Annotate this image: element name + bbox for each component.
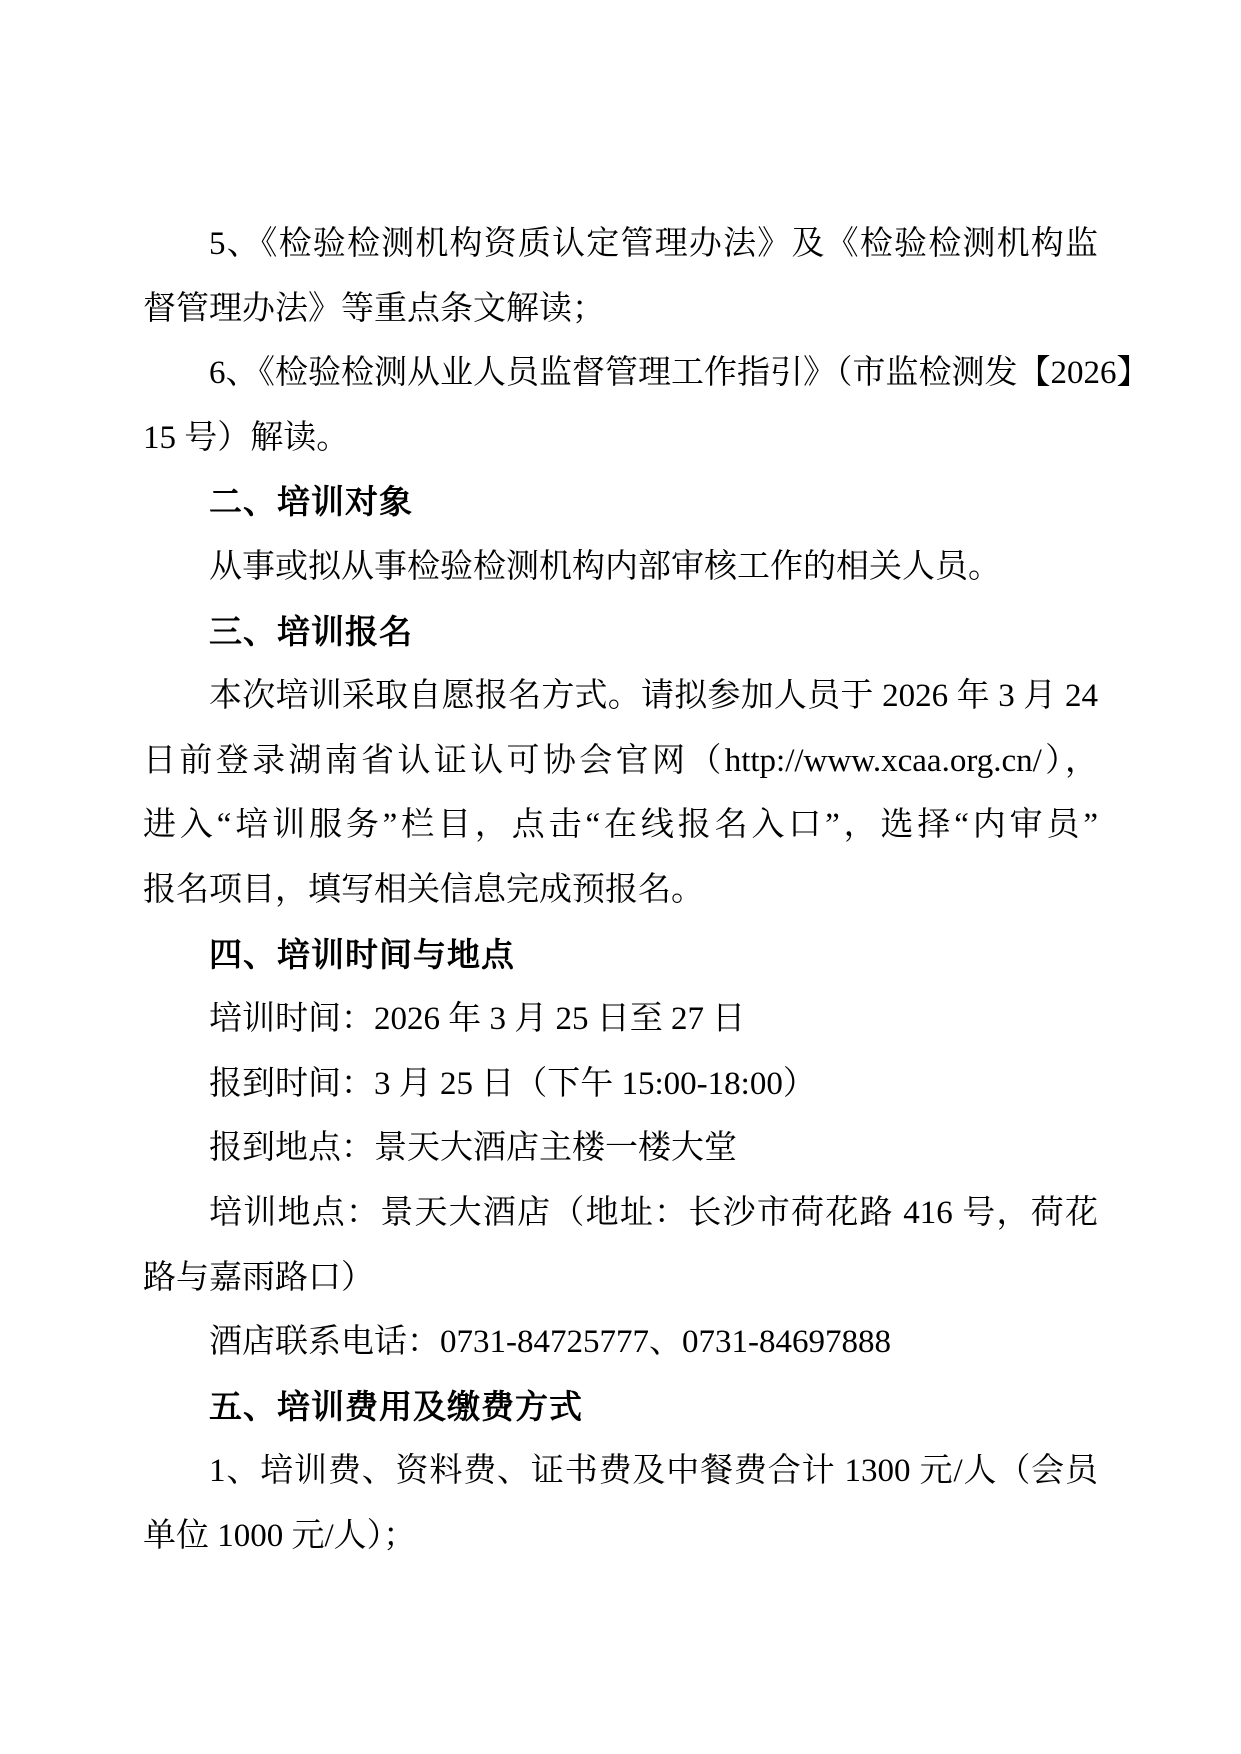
paragraph: 酒店联系电话：0731-84725777、0731-84697888 bbox=[143, 1310, 1098, 1375]
text-line: 单位 1000 元/人）； bbox=[143, 1504, 1098, 1569]
heading-line: 五、培训费用及缴费方式 bbox=[143, 1375, 1098, 1440]
heading-line: 四、培训时间与地点 bbox=[143, 923, 1098, 988]
text-line: 督管理办法》等重点条文解读； bbox=[143, 277, 1098, 342]
paragraph: 报到地点：景天大酒店主楼一楼大堂 bbox=[143, 1116, 1098, 1181]
section-heading: 二、培训对象 bbox=[143, 470, 1098, 535]
text-line: 培训地点：景天大酒店（地址：长沙市荷花路 416 号，荷花 bbox=[143, 1181, 1098, 1246]
text-line: 15 号）解读。 bbox=[143, 406, 1098, 471]
heading-line: 三、培训报名 bbox=[143, 600, 1098, 665]
paragraph: 本次培训采取自愿报名方式。请拟参加人员于 2026 年 3 月 24日前登录湖南… bbox=[143, 664, 1098, 922]
text-line: 1、培训费、资料费、证书费及中餐费合计 1300 元/人（会员 bbox=[143, 1439, 1098, 1504]
paragraph: 1、培训费、资料费、证书费及中餐费合计 1300 元/人（会员单位 1000 元… bbox=[143, 1439, 1098, 1568]
text-line: 5、《检验检测机构资质认定管理办法》及《检验检测机构监 bbox=[143, 212, 1098, 277]
section-heading: 五、培训费用及缴费方式 bbox=[143, 1375, 1098, 1440]
section-heading: 三、培训报名 bbox=[143, 600, 1098, 665]
text-line: 报名项目，填写相关信息完成预报名。 bbox=[143, 858, 1098, 923]
text-line: 日前登录湖南省认证认可协会官网（http://www.xcaa.org.cn/）… bbox=[143, 729, 1098, 794]
heading-line: 二、培训对象 bbox=[143, 470, 1098, 535]
text-line: 路与嘉雨路口） bbox=[143, 1246, 1098, 1311]
paragraph: 5、《检验检测机构资质认定管理办法》及《检验检测机构监督管理办法》等重点条文解读… bbox=[143, 212, 1098, 341]
paragraph: 培训地点：景天大酒店（地址：长沙市荷花路 416 号，荷花路与嘉雨路口） bbox=[143, 1181, 1098, 1310]
text-line: 从事或拟从事检验检测机构内部审核工作的相关人员。 bbox=[143, 535, 1098, 600]
paragraph: 报到时间：3 月 25 日（下午 15:00-18:00） bbox=[143, 1052, 1098, 1117]
text-line: 酒店联系电话：0731-84725777、0731-84697888 bbox=[143, 1310, 1098, 1375]
text-line: 进入“培训服务”栏目，点击“在线报名入口”，选择“内审员” bbox=[143, 793, 1098, 858]
paragraph: 6、《检验检测从业人员监督管理工作指引》（市监检测发【2026】15 号）解读。 bbox=[143, 341, 1098, 470]
text-line: 培训时间：2026 年 3 月 25 日至 27 日 bbox=[143, 987, 1098, 1052]
text-line: 报到时间：3 月 25 日（下午 15:00-18:00） bbox=[143, 1052, 1098, 1117]
paragraph: 培训时间：2026 年 3 月 25 日至 27 日 bbox=[143, 987, 1098, 1052]
text-line: 本次培训采取自愿报名方式。请拟参加人员于 2026 年 3 月 24 bbox=[143, 664, 1098, 729]
document-page: 5、《检验检测机构资质认定管理办法》及《检验检测机构监督管理办法》等重点条文解读… bbox=[0, 0, 1241, 1754]
paragraph: 从事或拟从事检验检测机构内部审核工作的相关人员。 bbox=[143, 535, 1098, 600]
section-heading: 四、培训时间与地点 bbox=[143, 923, 1098, 988]
document-body: 5、《检验检测机构资质认定管理办法》及《检验检测机构监督管理办法》等重点条文解读… bbox=[143, 212, 1098, 1568]
text-line: 6、《检验检测从业人员监督管理工作指引》（市监检测发【2026】 bbox=[143, 341, 1098, 406]
text-line: 报到地点：景天大酒店主楼一楼大堂 bbox=[143, 1116, 1098, 1181]
